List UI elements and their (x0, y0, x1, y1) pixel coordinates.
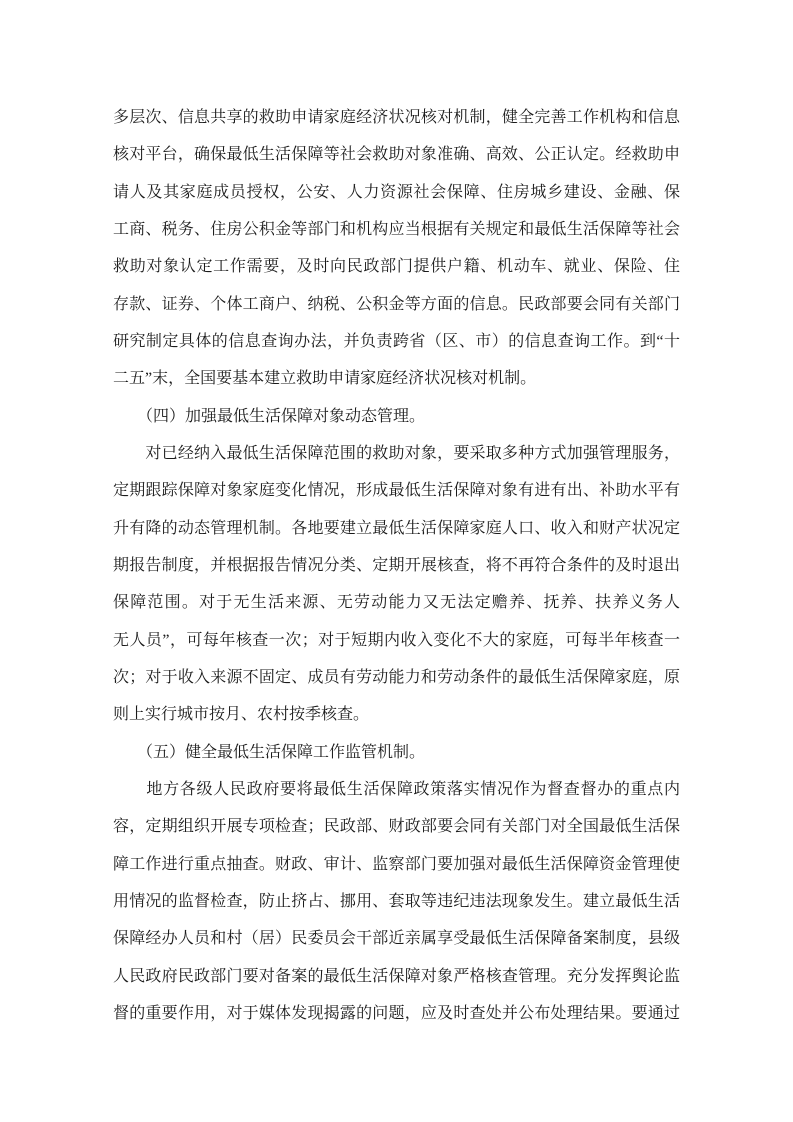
text-line: 期报告制度，并根据报告情况分类、定期开展核查，将不再符合条件的及时退出 (113, 547, 680, 584)
document-page: 多层次、信息共享的救助申请家庭经济状况核对机制，健全完善工作机构和信息核对平台，… (0, 0, 793, 1122)
text-line: 二五”末，全国要基本建立救助申请家庭经济状况核对机制。 (113, 360, 680, 397)
document-body: 多层次、信息共享的救助申请家庭经济状况核对机制，健全完善工作机构和信息核对平台，… (113, 99, 680, 1032)
heading-section-4: （四）加强最低生活保障对象动态管理。 (113, 398, 680, 435)
text-line: 存款、证券、个体工商户、纳税、公积金等方面的信息。民政部要会同有关部门 (113, 286, 680, 323)
text-line: 障工作进行重点抽查。财政、审计、监察部门要加强对最低生活保障资金管理使 (113, 846, 680, 883)
text-line: 救助对象认定工作需要，及时向民政部门提供户籍、机动车、就业、保险、住房、 (113, 248, 680, 285)
text-line: 无人员”，可每年核查一次；对于短期内收入变化不大的家庭，可每半年核查一 (113, 622, 680, 659)
text-line: 研究制定具体的信息查询办法，并负责跨省（区、市）的信息查询工作。到“十 (113, 323, 680, 360)
text-line: 核对平台，确保最低生活保障等社会救助对象准确、高效、公正认定。经救助申 (113, 136, 680, 173)
text-line: 则上实行城市按月、农村按季核查。 (113, 696, 680, 733)
paragraph-economic-status-verification: 多层次、信息共享的救助申请家庭经济状况核对机制，健全完善工作机构和信息核对平台，… (113, 99, 680, 398)
text-line: 定期跟踪保障对象家庭变化情况，形成最低生活保障对象有进有出、补助水平有 (113, 472, 680, 509)
text-line: 保障经办人员和村（居）民委员会干部近亲属享受最低生活保障备案制度，县级 (113, 920, 680, 957)
text-line: 保障范围。对于无生活来源、无劳动能力又无法定赡养、抚养、扶养义务人的“三 (113, 584, 680, 621)
text-line: （四）加强最低生活保障对象动态管理。 (113, 398, 680, 435)
paragraph-dynamic-management: 对已经纳入最低生活保障范围的救助对象，要采取多种方式加强管理服务，定期跟踪保障对… (113, 435, 680, 734)
text-line: 人民政府民政部门要对备案的最低生活保障对象严格核查管理。充分发挥舆论监 (113, 958, 680, 995)
paragraph-supervision-mechanism: 地方各级人民政府要将最低生活保障政策落实情况作为督查督办的重点内容，定期组织开展… (113, 771, 680, 1032)
text-line: 容，定期组织开展专项检查；民政部、财政部要会同有关部门对全国最低生活保 (113, 808, 680, 845)
text-line: 升有降的动态管理机制。各地要建立最低生活保障家庭人口、收入和财产状况定 (113, 510, 680, 547)
text-line: （五）健全最低生活保障工作监管机制。 (113, 734, 680, 771)
heading-section-5: （五）健全最低生活保障工作监管机制。 (113, 734, 680, 771)
text-line: 请人及其家庭成员授权，公安、人力资源社会保障、住房城乡建设、金融、保险、 (113, 174, 680, 211)
text-line: 工商、税务、住房公积金等部门和机构应当根据有关规定和最低生活保障等社会 (113, 211, 680, 248)
text-line: 督的重要作用，对于媒体发现揭露的问题，应及时查处并公布处理结果。要通过 (113, 995, 680, 1032)
text-line: 用情况的监督检查，防止挤占、挪用、套取等违纪违法现象发生。建立最低生活 (113, 883, 680, 920)
text-line: 地方各级人民政府要将最低生活保障政策落实情况作为督查督办的重点内 (113, 771, 680, 808)
text-line: 对已经纳入最低生活保障范围的救助对象，要采取多种方式加强管理服务， (113, 435, 680, 472)
text-line: 次；对于收入来源不固定、成员有劳动能力和劳动条件的最低生活保障家庭，原 (113, 659, 680, 696)
text-line: 多层次、信息共享的救助申请家庭经济状况核对机制，健全完善工作机构和信息 (113, 99, 680, 136)
